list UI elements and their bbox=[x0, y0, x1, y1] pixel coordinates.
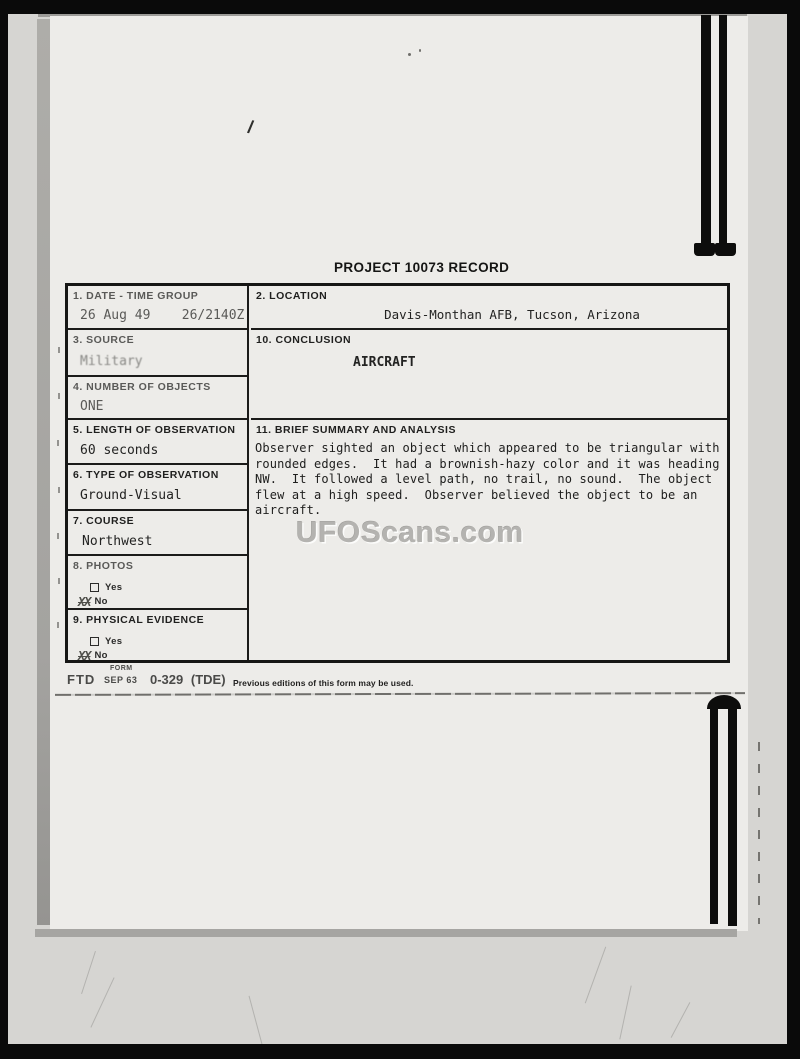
photos-yes-checkbox-icon bbox=[90, 583, 99, 592]
margin-tick bbox=[58, 393, 60, 399]
field-label: 2. LOCATION bbox=[251, 286, 727, 302]
dust-speck bbox=[408, 53, 411, 56]
physical-evidence-yes-checkbox-icon bbox=[90, 637, 99, 646]
x-mark: XX bbox=[78, 595, 90, 609]
x-mark: XX bbox=[78, 649, 90, 663]
footer-note: Previous editions of this form may be us… bbox=[233, 678, 413, 688]
scanned-document-page: / · ·· , ·· ···· , PROJECT 10073 RECORD … bbox=[0, 0, 800, 1059]
field-label: 7. COURSE bbox=[68, 511, 247, 527]
field-label: 3. SOURCE bbox=[68, 330, 247, 346]
field-label: 6. TYPE OF OBSERVATION bbox=[68, 465, 247, 481]
footer-sep63: SEP 63 bbox=[104, 675, 137, 685]
field-length-of-observation: 5. LENGTH OF OBSERVATION 60 seconds bbox=[68, 420, 249, 465]
margin-tick bbox=[58, 578, 60, 584]
page-edge-shadow-bottom bbox=[35, 929, 737, 937]
field-value: 26 Aug 49 26/2140Z bbox=[80, 308, 247, 323]
watermark: UFOScans.com bbox=[296, 516, 524, 550]
field-type-of-observation: 6. TYPE OF OBSERVATION Ground-Visual bbox=[68, 465, 249, 511]
field-value: Military bbox=[80, 354, 247, 369]
binder-bar-icon bbox=[701, 15, 711, 245]
field-number-of-objects: 4. NUMBER OF OBJECTS ONE bbox=[68, 377, 249, 420]
field-date-time-group: 1. DATE - TIME GROUP 26 Aug 49 26/2140Z bbox=[68, 286, 249, 330]
margin-tick bbox=[57, 533, 59, 539]
field-label: 4. NUMBER OF OBJECTS bbox=[68, 377, 247, 393]
field-value: AIRCRAFT bbox=[353, 355, 727, 370]
photos-no-label: No bbox=[94, 596, 107, 607]
summary-text: Observer sighted an object which appeare… bbox=[255, 441, 727, 519]
margin-tick bbox=[58, 487, 60, 493]
field-value: Ground-Visual bbox=[80, 488, 247, 503]
field-label: 11. BRIEF SUMMARY AND ANALYSIS bbox=[251, 420, 727, 436]
scan-frame bbox=[0, 1044, 800, 1059]
physical-evidence-no-label: No bbox=[94, 650, 107, 661]
field-value: Davis-Monthan AFB, Tucson, Arizona bbox=[251, 307, 727, 322]
binder-bar-icon bbox=[728, 702, 737, 926]
binder-bar-foot-icon bbox=[694, 243, 715, 256]
page-edge-shadow-left bbox=[37, 19, 50, 925]
field-physical-evidence: 9. PHYSICAL EVIDENCE Yes XX No bbox=[68, 610, 249, 660]
field-label: 8. PHOTOS bbox=[68, 556, 247, 572]
dust-speck bbox=[419, 49, 421, 52]
footer-form-word: FORM bbox=[110, 665, 133, 672]
field-value: ONE bbox=[80, 399, 247, 414]
binder-bar-foot-icon bbox=[715, 243, 736, 256]
field-label: 9. PHYSICAL EVIDENCE bbox=[68, 610, 247, 626]
field-label: 5. LENGTH OF OBSERVATION bbox=[68, 420, 247, 436]
scan-frame bbox=[0, 0, 8, 1059]
field-label: 10. CONCLUSION bbox=[251, 330, 727, 346]
binder-bar-icon bbox=[719, 15, 727, 245]
footer-ftd: FTD bbox=[67, 672, 95, 687]
physical-evidence-yes-label: Yes bbox=[105, 636, 122, 647]
footer-form-number: 0-329 (TDE) bbox=[150, 672, 226, 687]
record-form-table: 1. DATE - TIME GROUP 26 Aug 49 26/2140Z … bbox=[65, 283, 730, 663]
field-value: Northwest bbox=[82, 534, 247, 549]
field-photos: 8. PHOTOS Yes XX No bbox=[68, 556, 249, 610]
binder-bar-icon bbox=[710, 702, 718, 924]
field-value: 60 seconds bbox=[80, 443, 247, 458]
scan-frame bbox=[0, 0, 800, 14]
field-location: 2. LOCATION Davis-Monthan AFB, Tucson, A… bbox=[251, 286, 727, 330]
scan-frame bbox=[787, 0, 800, 1059]
margin-tick bbox=[58, 347, 60, 353]
margin-tick bbox=[57, 440, 59, 446]
field-source: 3. SOURCE Military bbox=[68, 330, 249, 377]
field-course: 7. COURSE Northwest bbox=[68, 511, 249, 556]
margin-tick bbox=[57, 622, 59, 628]
photos-yes-label: Yes bbox=[105, 582, 122, 593]
field-conclusion: 10. CONCLUSION AIRCRAFT bbox=[251, 330, 727, 420]
page-curl-dashes bbox=[758, 742, 760, 924]
field-label: 1. DATE - TIME GROUP bbox=[68, 286, 247, 302]
document-title: PROJECT 10073 RECORD bbox=[334, 260, 534, 275]
